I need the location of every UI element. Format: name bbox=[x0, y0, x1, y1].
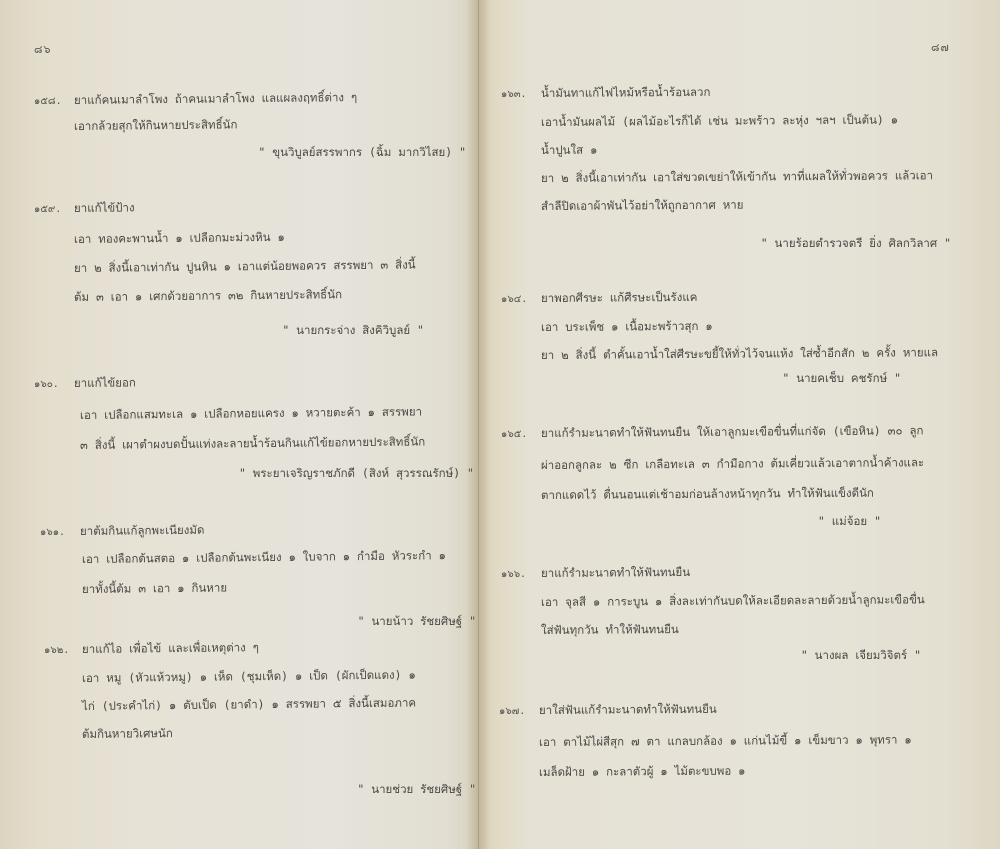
left-page: ๘๖ ๑๕๘. ยาแก้คนเมาลำโพง ถ้าคนเมาลำโพง แล… bbox=[0, 0, 479, 849]
entry-title: ยาแก้รำมะนาดทำให้ฟันทนยืน bbox=[541, 559, 690, 586]
remedy-entry: ๑๖๐. ยาแก้ไข้ยอก เอา เปลือกแสมทะเล ๑ เปล… bbox=[34, 370, 474, 490]
remedy-entry: ๑๖๕. ยาแก้รำมะนาดทำให้ฟันทนยืน ให้เอาลูก… bbox=[501, 420, 981, 540]
entry-line: ไก่ (ประคำไก่) ๑ ตับเป็ด (ยาดำ) ๑ สรรพยา… bbox=[82, 689, 416, 720]
entry-number: ๑๖๖. bbox=[501, 562, 526, 588]
entry-number: ๑๖๔. bbox=[501, 287, 527, 313]
entry-title: ยาต้มกินแก้ลูกพะเนียงมัด bbox=[80, 517, 205, 544]
entry-line: เอา จุลสี ๑ การะบูน ๑ สิ่งละเท่ากันบดให้… bbox=[541, 585, 925, 616]
remedy-entry: ๑๖๓. น้ำมันทาแก้ไฟไหม้หรือน้ำร้อนลวก เอา… bbox=[501, 80, 981, 260]
entry-body: เอา ทองคะพานน้ำ ๑ เปลือกมะม่วงหิน ๑ ยา ๒… bbox=[74, 225, 416, 312]
entry-credit: " นายกระจ่าง สิงคิวิบูลย์ " bbox=[282, 317, 424, 343]
entry-line: เอาน้ำมันผลไม้ (ผลไม้อะไรก็ได้ เช่น มะพร… bbox=[541, 105, 933, 136]
entry-line: ยาทั้งนี้ต้ม ๓ เอา ๑ กินหาย bbox=[82, 570, 446, 604]
entry-line: สำลีปิดเอาผ้าพันไว้อย่าให้ถูกอากาศ หาย bbox=[541, 189, 933, 220]
entry-title: ยาแก้รำมะนาดทำให้ฟันทนยืน ให้เอาลูกมะเขื… bbox=[541, 417, 924, 446]
entry-body: เอา บระเพ็ช ๑ เนื้อมะพร้าวสุก ๑ ยา ๒ สิ่… bbox=[541, 313, 938, 369]
entry-body: เอากล้วยสุกให้กินหายประสิทธิ์นัก bbox=[74, 113, 237, 139]
entry-body: ผ่าออกลูกละ ๒ ซีก เกลือทะเล ๓ กำมือกาง ต… bbox=[541, 450, 924, 510]
entry-credit: " นายคเช็บ คชรักษ์ " bbox=[782, 365, 901, 391]
remedy-entry: ๑๕๙. ยาแก้ไข้ป้าง เอา ทองคะพานน้ำ ๑ เปลื… bbox=[34, 195, 474, 345]
entry-credit: " นางผล เจียมวิจิตร์ " bbox=[801, 642, 921, 668]
entry-line: ต้มกินหายวิเศษนัก bbox=[82, 717, 416, 748]
entry-line: ๓ สิ่งนี้ เผาตำผงบดปั้นแท่งละลายน้ำร้อนก… bbox=[80, 426, 425, 460]
remedy-entry: ๑๖๖. ยาแก้รำมะนาดทำให้ฟันทนยืน เอา จุลสี… bbox=[501, 560, 981, 670]
entry-credit: " แม่จ้อย " bbox=[818, 508, 881, 534]
entry-line: เอากล้วยสุกให้กินหายประสิทธิ์นัก bbox=[74, 111, 238, 139]
entry-line: เอา บระเพ็ช ๑ เนื้อมะพร้าวสุก ๑ bbox=[541, 310, 938, 341]
right-page: ๘๗ ๑๖๓. น้ำมันทาแก้ไฟไหม้หรือน้ำร้อนลวก … bbox=[479, 0, 1000, 849]
entry-credit: " ขุนวิบูลย์สรรพากร (ฉิ้ม มากวิไสย) " bbox=[258, 139, 466, 165]
remedy-entry: ๑๖๔. ยาพอกศีรษะ แก้ศีรษะเป็นรังแค เอา บร… bbox=[501, 285, 981, 395]
page-number: ๘๗ bbox=[931, 38, 950, 56]
entry-credit: " นายน้าว รัชยศิษฐ์ " bbox=[358, 608, 476, 634]
entry-title: ยาแก้ไอ เพื่อไข้ และเพื่อเหตุต่าง ๆ bbox=[82, 634, 259, 662]
entry-title: ยาแก้คนเมาลำโพง ถ้าคนเมาลำโพง แลแผลงฤทธิ… bbox=[74, 84, 357, 113]
entry-line: น้ำปูนใส ๑ bbox=[541, 133, 933, 164]
entry-number: ๑๖๓. bbox=[501, 82, 527, 108]
entry-title: ยาแก้ไข้ยอก bbox=[74, 369, 136, 396]
entry-body: เอา ตาไม้ไผ่สีสุก ๗ ตา แกลบกล้อง ๑ แก่นไ… bbox=[539, 727, 912, 787]
entry-line: ยา ๒ สิ่งนี้เอาเท่ากัน ปูนหิน ๑ เอาแต่น้… bbox=[74, 250, 416, 283]
entry-title: ยาพอกศีรษะ แก้ศีรษะเป็นรังแค bbox=[541, 284, 698, 311]
entry-number: ๑๖๒. bbox=[44, 638, 69, 664]
entry-credit: " นายช่วย รัชยศิษฐ์ " bbox=[357, 776, 476, 802]
entry-credit: " พระยาเจริญราชภักดี (สิงห์ สุวรรณรักษ์)… bbox=[239, 460, 474, 486]
entry-body: เอา เปลือกต้นสตอ ๑ เปลือกต้นพะเนียง ๑ ใบ… bbox=[82, 544, 446, 604]
entry-line: ตากแดดไว้ ตื่นนอนแต่เช้าอมก่อนล้างหน้าทุ… bbox=[541, 477, 924, 510]
entry-line: เอา ตาไม้ไผ่สีสุก ๗ ตา แกลบกล้อง ๑ แก่นไ… bbox=[539, 724, 912, 757]
entry-line: ผ่าออกลูกละ ๒ ซีก เกลือทะเล ๓ กำมือกาง ต… bbox=[541, 447, 924, 480]
entry-line: ใส่ฟันทุกวัน ทำให้ฟันทนยืน bbox=[541, 613, 925, 644]
entry-body: เอาน้ำมันผลไม้ (ผลไม้อะไรก็ได้ เช่น มะพร… bbox=[541, 108, 933, 220]
entry-number: ๑๖๐. bbox=[34, 372, 59, 398]
entry-title: น้ำมันทาแก้ไฟไหม้หรือน้ำร้อนลวก bbox=[541, 79, 711, 106]
remedy-entry: ๑๕๘. ยาแก้คนเมาลำโพง ถ้าคนเมาลำโพง แลแผล… bbox=[34, 87, 474, 167]
entry-body: เอา หมู (หัวแห้วหมู) ๑ เห็ด (ชุมเห็ด) ๑ … bbox=[82, 664, 416, 748]
entry-line: เอา เปลือกแสมทะเล ๑ เปลือกหอยแครง ๑ หวาย… bbox=[80, 396, 425, 430]
entry-title: ยาใส่ฟันแก้รำมะนาดทำให้ฟันทนยืน bbox=[539, 696, 717, 723]
page-number: ๘๖ bbox=[34, 40, 51, 58]
entry-line: ต้ม ๓ เอา ๑ เศกด้วยอาการ ๓๒ กินหายประสิท… bbox=[74, 279, 416, 312]
entry-number: ๑๕๘. bbox=[34, 89, 62, 115]
remedy-entry: ๑๖๒. ยาแก้ไอ เพื่อไข้ และเพื่อเหตุต่าง ๆ… bbox=[44, 636, 476, 796]
entry-body: เอา จุลสี ๑ การะบูน ๑ สิ่งละเท่ากันบดให้… bbox=[541, 588, 925, 644]
entry-line: เอา ทองคะพานน้ำ ๑ เปลือกมะม่วงหิน ๑ bbox=[74, 221, 416, 254]
entry-line: เอา เปลือกต้นสตอ ๑ เปลือกต้นพะเนียง ๑ ใบ… bbox=[82, 540, 446, 574]
entry-number: ๑๖๗. bbox=[499, 699, 525, 725]
remedy-entry: ๑๖๑. ยาต้มกินแก้ลูกพะเนียงมัด เอา เปลือก… bbox=[40, 518, 476, 628]
entry-number: ๑๖๑. bbox=[40, 520, 65, 546]
open-book-spread: ๘๖ ๑๕๘. ยาแก้คนเมาลำโพง ถ้าคนเมาลำโพง แล… bbox=[0, 0, 1000, 849]
entry-credit: " นายร้อยตำรวจตรี ยิ่ง ศิลกวิลาศ " bbox=[761, 230, 951, 256]
entry-body: เอา เปลือกแสมทะเล ๑ เปลือกหอยแครง ๑ หวาย… bbox=[80, 400, 425, 460]
entry-title: ยาแก้ไข้ป้าง bbox=[74, 194, 135, 221]
entry-number: ๑๖๕. bbox=[501, 422, 527, 448]
remedy-entry: ๑๖๗. ยาใส่ฟันแก้รำมะนาดทำให้ฟันทนยืน เอา… bbox=[499, 697, 979, 787]
entry-line: เอา หมู (หัวแห้วหมู) ๑ เห็ด (ชุมเห็ด) ๑ … bbox=[82, 661, 416, 692]
entry-line: ยา ๒ สิ่งนี้เอาเท่ากัน เอาใส่ขวดเขย่าให้… bbox=[541, 161, 933, 192]
entry-number: ๑๕๙. bbox=[34, 197, 61, 223]
entry-line: เมล็ดฝ้าย ๑ กะลาตัวผู้ ๑ ไม้ตะขบพอ ๑ bbox=[539, 754, 912, 787]
